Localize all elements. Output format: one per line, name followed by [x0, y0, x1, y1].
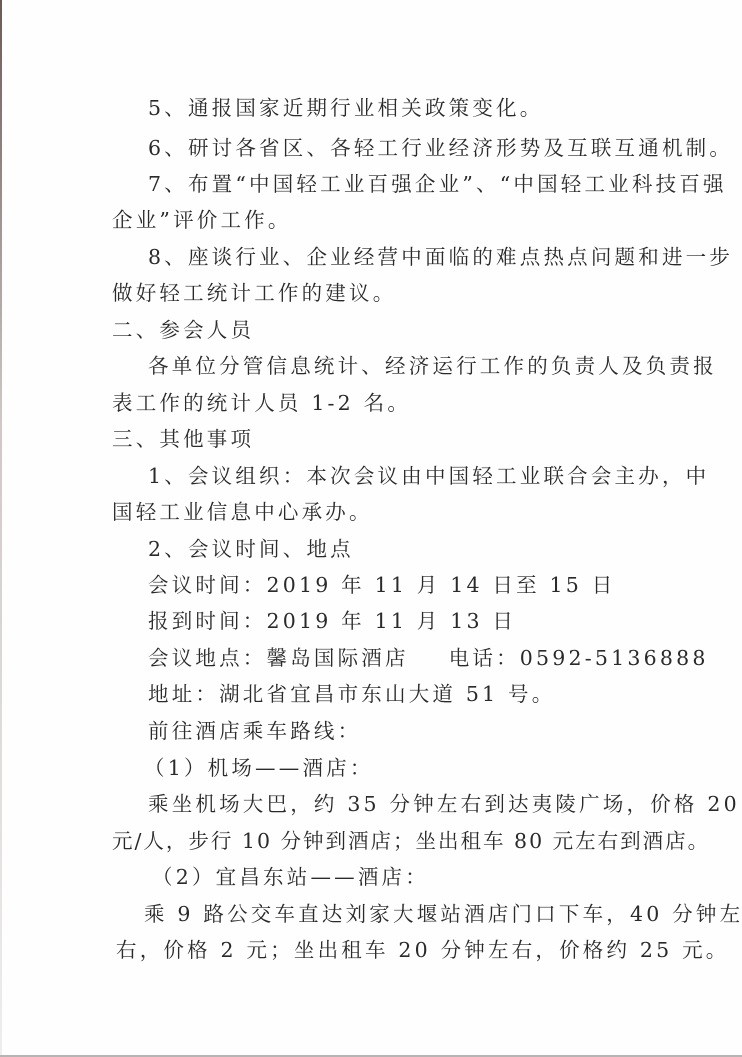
venue-line: 会议地点：馨岛国际酒店电话：0592-5136888: [148, 643, 668, 673]
agenda-item-7-line1: 7、布置“中国轻工业百强企业”、“中国轻工业科技百强: [148, 169, 632, 199]
section-heading-other: 三、其他事项: [112, 424, 632, 454]
route-airport-line2: 元/人，步行 10 分钟到酒店；坐出租车 80 元左右到酒店。: [112, 826, 632, 856]
agenda-item-6: 6、研讨各省区、各轻工行业经济形势及互联互通机制。: [148, 133, 668, 163]
route-station-line2: 右，价格 2 元；坐出租车 20 分钟左右，价格约 25 元。: [116, 935, 636, 965]
time-place-heading: 2、会议时间、地点: [148, 534, 668, 564]
venue-address: 地址：湖北省宜昌市东山大道 51 号。: [148, 679, 668, 709]
route-airport-line1: 乘坐机场大巴，约 35 分钟左右到达夷陵广场，价格 20: [148, 789, 632, 819]
organizer-line1: 1、会议组织：本次会议由中国轻工业联合会主办，中: [148, 461, 632, 491]
agenda-item-8-line2: 做好轻工统计工作的建议。: [112, 278, 632, 308]
agenda-item-7-line2: 企业”评价工作。: [112, 205, 632, 235]
venue-name: 会议地点：馨岛国际酒店: [148, 646, 409, 670]
document-page: 5、通报国家近期行业相关政策变化。 6、研讨各省区、各轻工行业经济形势及互联互通…: [0, 0, 742, 1057]
route-station-heading: （2）宜昌东站——酒店：: [152, 862, 672, 892]
attendees-line2: 表工作的统计人员 1-2 名。: [112, 388, 632, 418]
agenda-item-5: 5、通报国家近期行业相关政策变化。: [148, 93, 668, 123]
route-airport-heading: （1）机场——酒店：: [144, 753, 664, 783]
scan-edge-left: [0, 0, 2, 1057]
meeting-time: 会议时间：2019 年 11 月 14 日至 15 日: [148, 570, 668, 600]
route-station-line1: 乘 9 路公交车直达刘家大堰站酒店门口下车，40 分钟左: [144, 899, 632, 929]
organizer-line2: 国轻工业信息中心承办。: [112, 497, 632, 527]
checkin-time: 报到时间：2019 年 11 月 13 日: [148, 606, 668, 636]
agenda-item-8-line1: 8、座谈行业、企业经营中面临的难点热点问题和进一步: [148, 242, 632, 272]
attendees-line1: 各单位分管信息统计、经济运行工作的负责人及负责报: [148, 351, 632, 381]
route-heading: 前往酒店乘车路线：: [148, 716, 668, 746]
venue-phone: 电话：0592-5136888: [449, 646, 709, 670]
section-heading-attendees: 二、参会人员: [112, 315, 632, 345]
